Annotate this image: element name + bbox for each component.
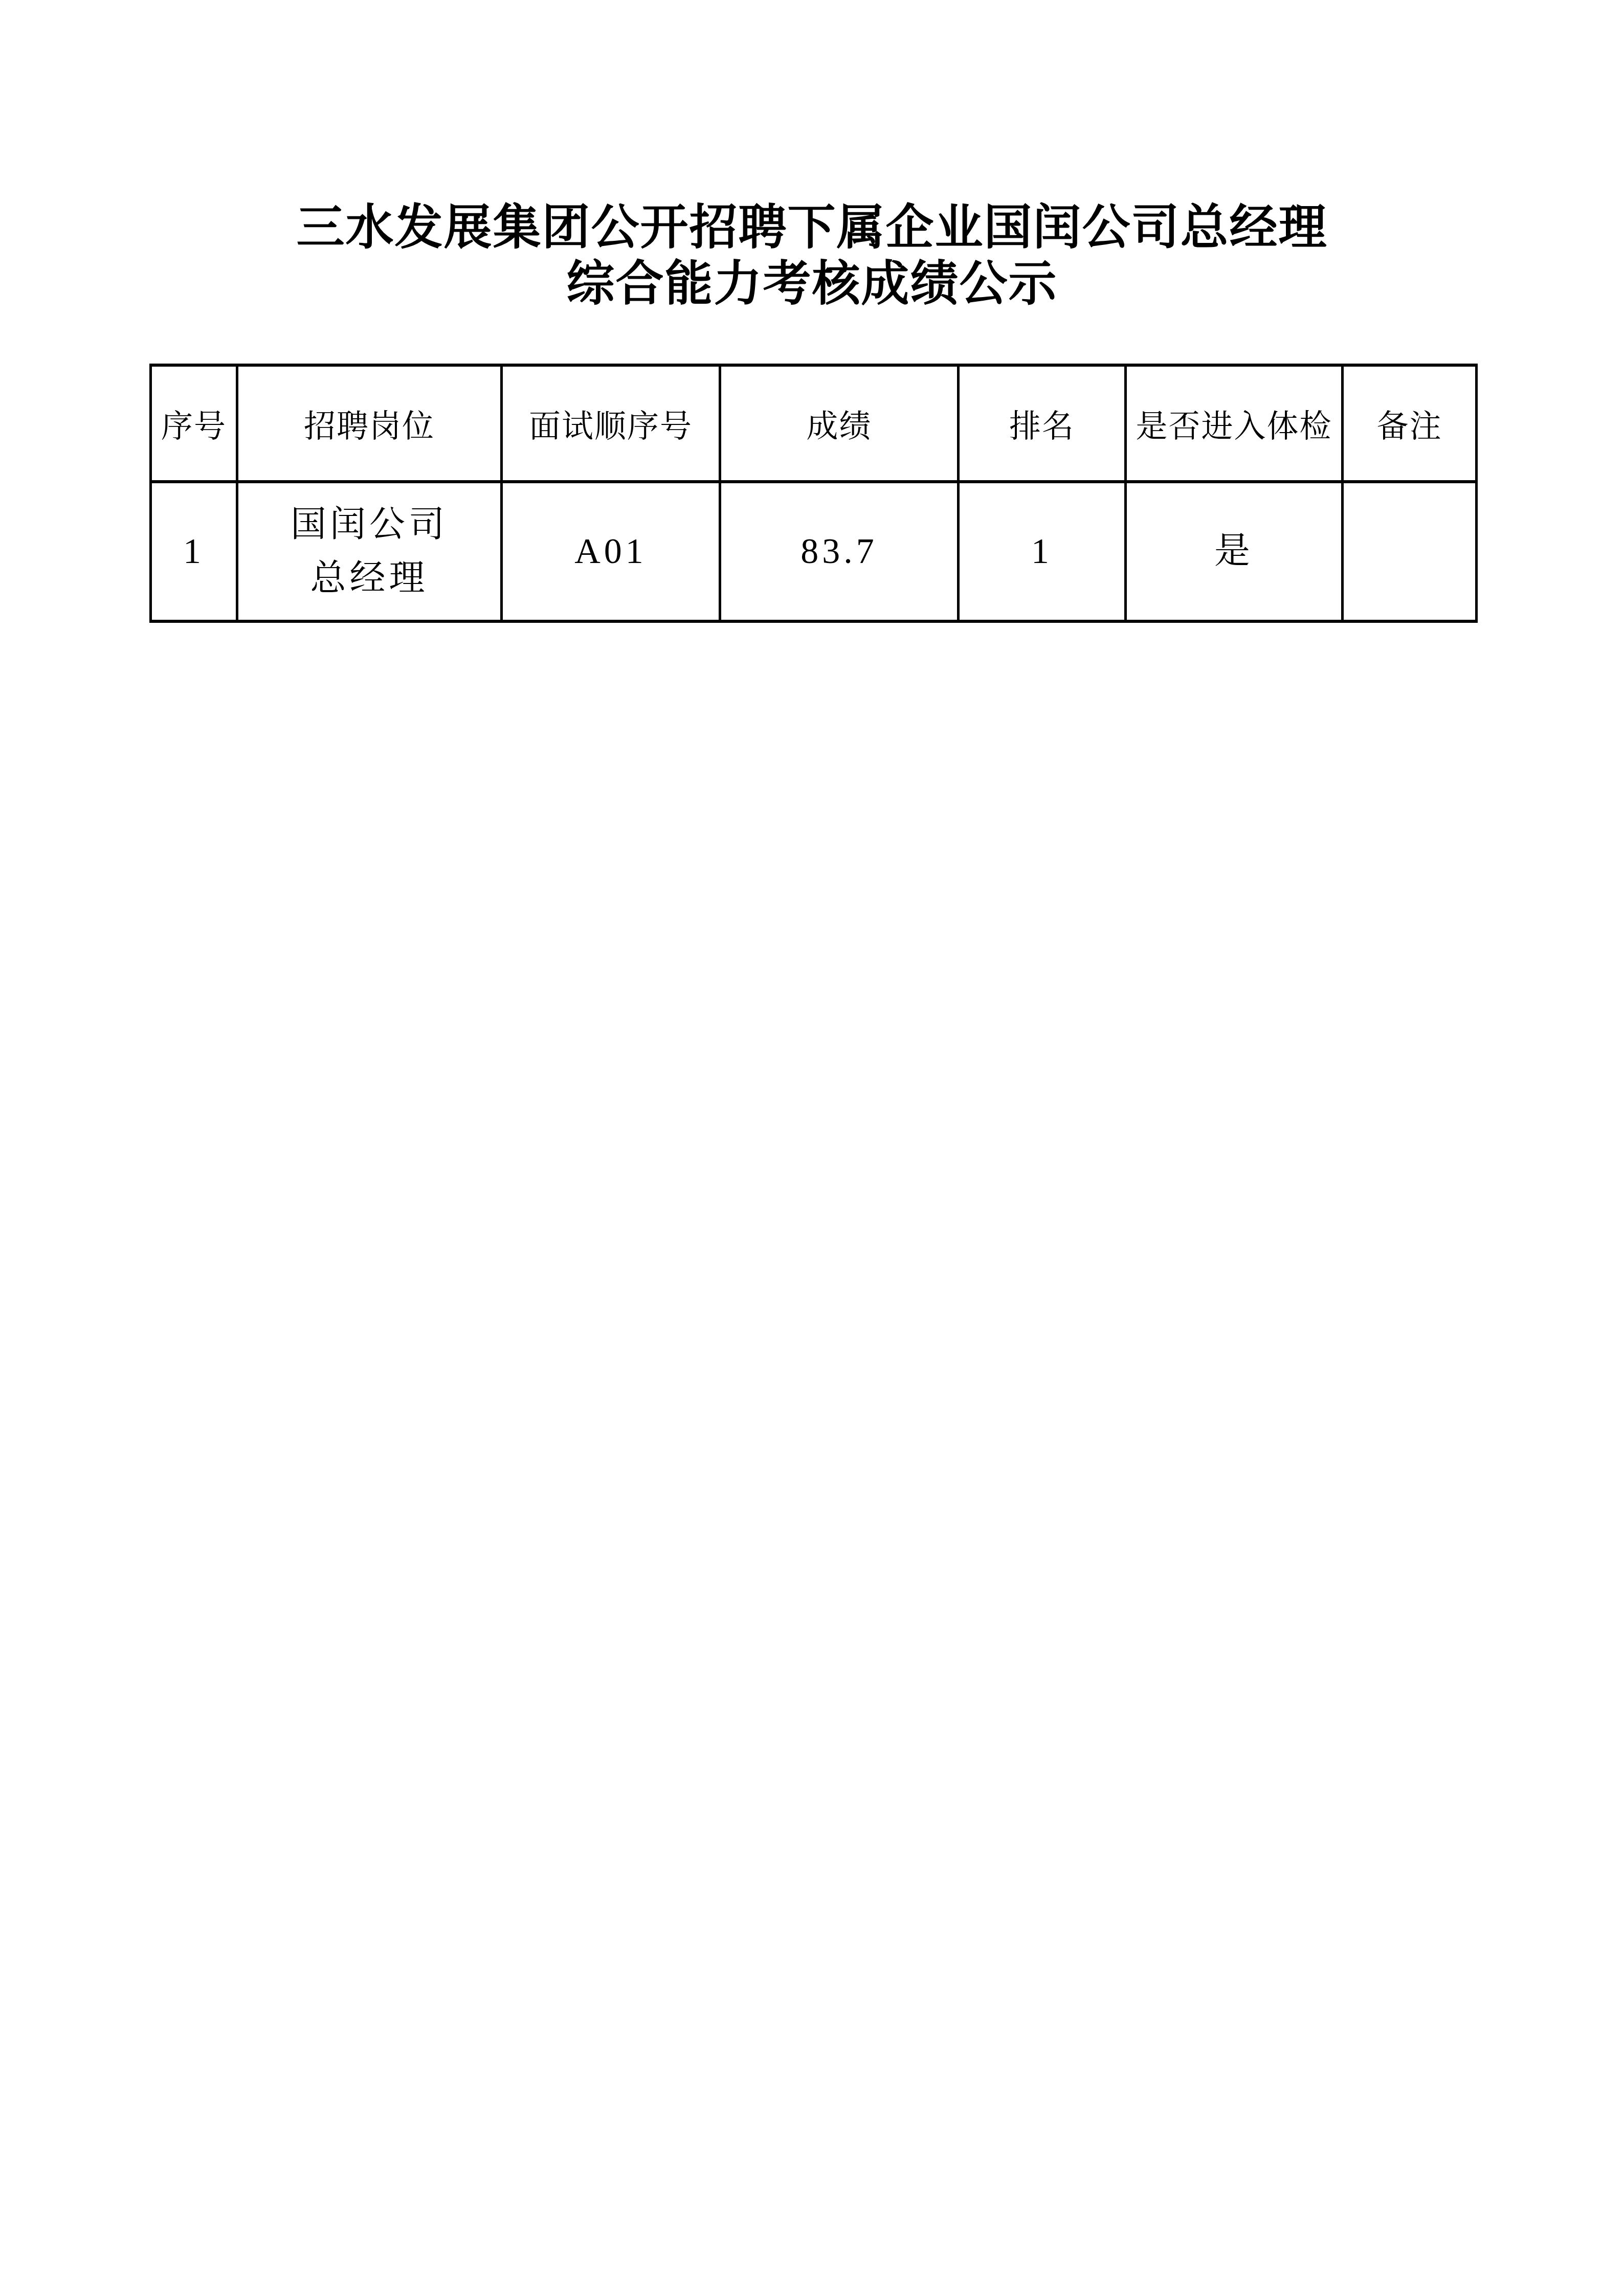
header-cell-physical-exam: 是否进入体检 [1126, 365, 1343, 482]
cell-rank: 1 [959, 482, 1126, 621]
cell-position: 国闰公司 总经理 [237, 482, 502, 621]
page-title-line-1: 三水发展集团公开招聘下属企业国闰公司总经理 [0, 200, 1624, 256]
page-title-line-2: 综合能力考核成绩公示 [0, 256, 1624, 312]
cell-seq: 1 [151, 482, 237, 621]
header-cell-remark: 备注 [1343, 365, 1477, 482]
cell-physical-exam: 是 [1126, 482, 1343, 621]
score-table: 序号 招聘岗位 面试顺序号 成绩 排名 是否进入体检 备注 1 国闰公司 总经理… [149, 364, 1478, 623]
cell-interview-no: A01 [502, 482, 720, 621]
cell-score: 83.7 [720, 482, 959, 621]
header-cell-seq: 序号 [151, 365, 237, 482]
document-page: { "page": { "background_color": "#ffffff… [0, 0, 1624, 2296]
table-row: 1 国闰公司 总经理 A01 83.7 1 是 [151, 482, 1477, 621]
page-title: 三水发展集团公开招聘下属企业国闰公司总经理 综合能力考核成绩公示 [0, 200, 1624, 312]
header-cell-score: 成绩 [720, 365, 959, 482]
header-cell-position: 招聘岗位 [237, 365, 502, 482]
cell-remark [1343, 482, 1477, 621]
header-cell-interview-no: 面试顺序号 [502, 365, 720, 482]
header-cell-rank: 排名 [959, 365, 1126, 482]
table-header-row: 序号 招聘岗位 面试顺序号 成绩 排名 是否进入体检 备注 [151, 365, 1477, 482]
